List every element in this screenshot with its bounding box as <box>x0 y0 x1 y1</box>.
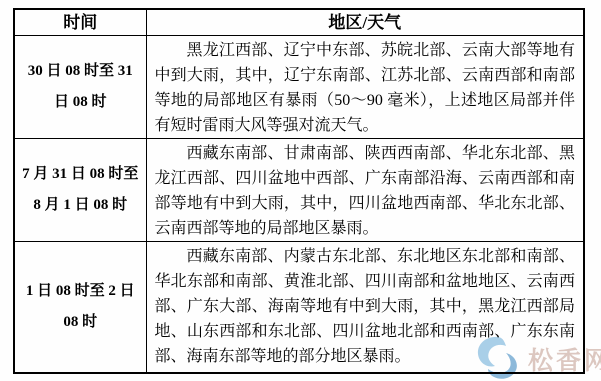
table-row: 1 日 08 时至 2 日 08 时 西藏东南部、内蒙古东北部、东北地区东北部和… <box>14 242 584 373</box>
page: 松香网 时间 地区/天气 30 日 08 时至 31 日 08 时 黑龙江西部、… <box>0 0 601 381</box>
weather-forecast-table: 时间 地区/天气 30 日 08 时至 31 日 08 时 黑龙江西部、辽宁中东… <box>13 8 585 374</box>
header-time: 时间 <box>14 9 146 36</box>
header-region-weather: 地区/天气 <box>146 9 584 36</box>
weather-cell: 黑龙江西部、辽宁中东部、苏皖北部、云南大部等地有中到大雨，其中，辽宁东南部、江苏… <box>146 36 584 139</box>
weather-cell: 西藏东南部、甘肃南部、陕西西南部、华北东北部、黑龙江西部、四川盆地中西部、广东南… <box>146 139 584 242</box>
table-header-row: 时间 地区/天气 <box>14 9 584 36</box>
time-cell: 30 日 08 时至 31 日 08 时 <box>14 36 146 139</box>
table-row: 7 月 31 日 08 时至 8 月 1 日 08 时 西藏东南部、甘肃南部、陕… <box>14 139 584 242</box>
time-cell: 7 月 31 日 08 时至 8 月 1 日 08 时 <box>14 139 146 242</box>
table-row: 30 日 08 时至 31 日 08 时 黑龙江西部、辽宁中东部、苏皖北部、云南… <box>14 36 584 139</box>
weather-cell: 西藏东南部、内蒙古东北部、东北地区东北部和南部、华北东部和南部、黄淮北部、四川南… <box>146 242 584 373</box>
time-cell: 1 日 08 时至 2 日 08 时 <box>14 242 146 373</box>
